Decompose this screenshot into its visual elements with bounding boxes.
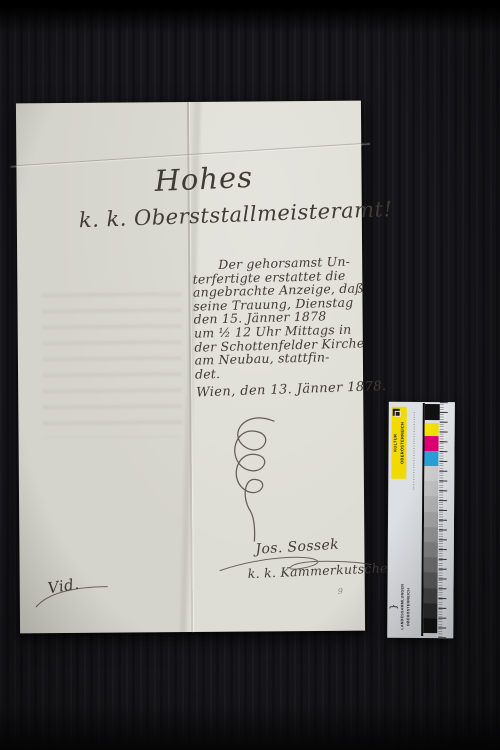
- photo-vignette: [0, 0, 500, 750]
